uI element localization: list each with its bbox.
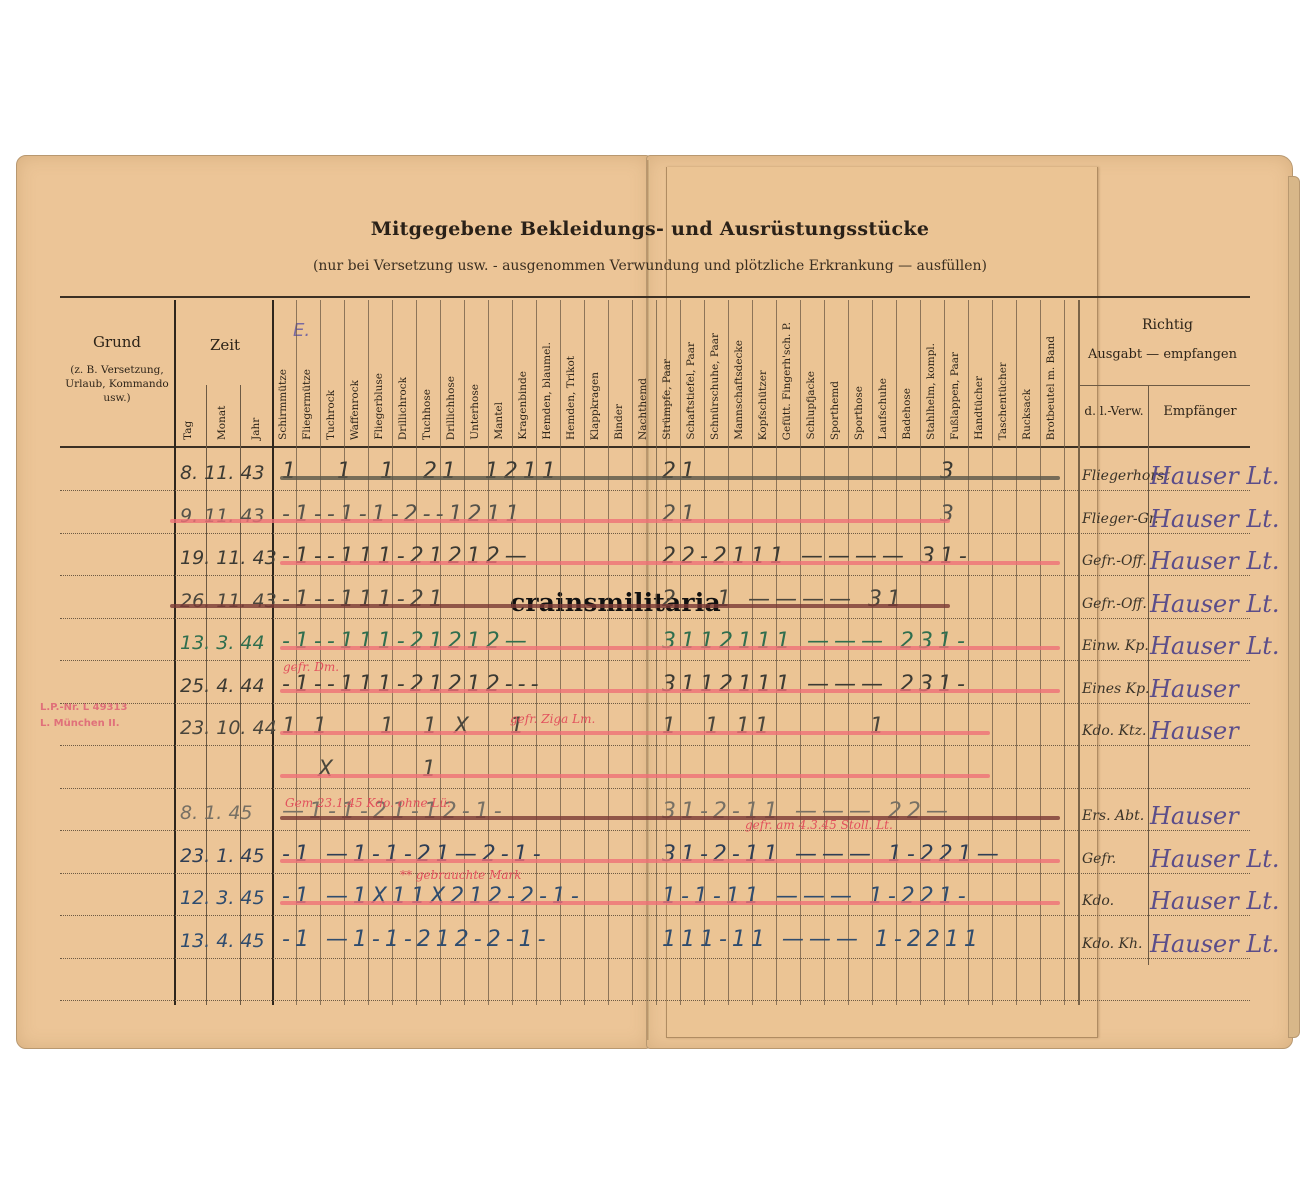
stamp-line-2: L. München II. xyxy=(40,716,127,732)
row-dotted-line xyxy=(60,1000,1250,1001)
row-date: 13. 3. 44 xyxy=(180,632,265,654)
item-header: Sporthose xyxy=(853,386,865,440)
row-issuing-office: Einw. Kp. xyxy=(1082,638,1149,654)
row-dotted-line xyxy=(60,745,1250,746)
zeit-jahr: Jahr xyxy=(250,395,262,440)
row-quantities-left: -1--1-1-2--1211 xyxy=(282,502,525,527)
row-quantities-left: X 1 xyxy=(282,757,441,782)
row-date: 8. 1. 45 xyxy=(180,802,253,824)
row-quantities-right: 31-2-11 ——— 1-221— xyxy=(662,842,1004,867)
item-header: Laufschuhe xyxy=(877,378,889,440)
row-quantities-left: -1 —1-1-21—2-1- xyxy=(282,842,546,867)
row-strikethrough xyxy=(280,731,990,735)
row-dotted-line xyxy=(60,575,1250,576)
zeit-divider xyxy=(272,300,274,1005)
richtig-label: Richtig xyxy=(1085,318,1250,333)
handwritten-note: gefr. am 4.3.45 Stoll. Lt. xyxy=(745,818,893,832)
row-dotted-line xyxy=(60,618,1250,619)
row-dotted-line xyxy=(60,788,1250,789)
row-strikethrough xyxy=(280,859,1060,863)
row-issuing-office: Gefr. xyxy=(1082,851,1116,867)
item-header: Nachthemd xyxy=(637,378,649,440)
row-date: 12. 3. 45 xyxy=(180,887,265,909)
official-stamp: L.P.-Nr. L 49313 L. München II. xyxy=(40,700,127,732)
item-header: Brotbeutel m. Band xyxy=(1045,336,1057,440)
item-header: Schirmmütze xyxy=(277,369,289,440)
item-header: Sporthemd xyxy=(829,381,841,440)
item-header: Fliegerbluse xyxy=(373,373,385,440)
item-column-divider xyxy=(1040,300,1041,1005)
row-dotted-line xyxy=(60,533,1250,534)
item-header: Tuchrock xyxy=(325,390,337,440)
row-date: 13. 4. 45 xyxy=(180,930,265,952)
page-edge xyxy=(1288,176,1300,1038)
item-column-divider xyxy=(1016,300,1017,1005)
handwritten-note: gefr. Dm. xyxy=(283,660,339,674)
row-recipient-signature: Hauser Lt. xyxy=(1150,632,1280,660)
row-recipient-signature: Hauser Lt. xyxy=(1150,930,1280,958)
row-recipient-signature: Hauser Lt. xyxy=(1150,590,1280,618)
grund-note: (z. B. Versetzung, Urlaub, Kommando usw.… xyxy=(62,363,172,405)
verw-label: d. l.-Verw. xyxy=(1078,404,1150,419)
zeit-label: Zeit xyxy=(176,338,274,353)
row-issuing-office: Eines Kp. xyxy=(1082,681,1150,697)
row-quantities-left: -1 —1-1-212-2-1- xyxy=(282,927,551,952)
item-column-divider xyxy=(632,300,633,1005)
form-subtitle: (nur bei Versetzung usw. - ausgenommen V… xyxy=(0,258,1300,274)
row-quantities-right: 3112111 ——— 231- xyxy=(662,672,970,697)
item-column-divider xyxy=(584,300,585,1005)
row-dotted-line xyxy=(60,703,1250,704)
item-header: Fußlappen, Paar xyxy=(949,352,961,440)
row-dotted-line xyxy=(60,873,1250,874)
item-header: Gefütt. Fingerh'sch. P. xyxy=(781,322,793,440)
row-issuing-office: Gefr.-Off. xyxy=(1082,553,1147,569)
item-header: Binder xyxy=(613,404,625,440)
row-recipient-signature: Hauser Lt. xyxy=(1150,845,1280,873)
zeit-monat: Monat xyxy=(216,390,228,440)
item-header: Mannschaftsdecke xyxy=(733,340,745,440)
empfaenger-label: Empfänger xyxy=(1150,404,1250,419)
item-header: Mantel xyxy=(493,402,505,440)
row-date: 9. 11. 43 xyxy=(180,505,265,527)
row-quantities-left: -1--111-21212— xyxy=(282,629,532,654)
richtig-subrule xyxy=(1078,385,1250,386)
grund-divider xyxy=(174,300,176,1005)
row-recipient-signature: Hauser xyxy=(1150,802,1239,830)
item-header: Handtücher xyxy=(973,376,985,440)
row-strikethrough xyxy=(280,774,990,778)
row-quantities-left: 1 1 1 21 1211 xyxy=(282,459,561,484)
row-recipient-signature: Hauser Lt. xyxy=(1150,547,1280,575)
row-dotted-line xyxy=(60,915,1250,916)
item-header: Unterhose xyxy=(469,384,481,440)
item-header: Waffenrock xyxy=(349,380,361,440)
row-recipient-signature: Hauser Lt. xyxy=(1150,505,1280,533)
row-quantities-right: 22-2111 ———— 31- xyxy=(662,544,972,569)
form-title: Mitgegebene Bekleidungs- und Ausrüstungs… xyxy=(0,218,1300,240)
row-quantities-right: 21 3 xyxy=(662,502,959,527)
item-header: Klappkragen xyxy=(589,372,601,440)
item-header: Fliegermütze xyxy=(301,369,313,440)
richtig-sub: Ausgabt — empfangen xyxy=(1075,347,1250,362)
zeit-tag: Tag xyxy=(182,395,194,440)
item-header: Kopfschützer xyxy=(757,370,769,440)
row-quantities-right: 2 1 ———— 31 xyxy=(662,587,906,612)
row-strikethrough xyxy=(280,646,1060,650)
row-quantities-right: 3112111 ——— 231- xyxy=(662,629,970,654)
row-strikethrough xyxy=(280,901,1060,905)
handwritten-note: gefr. Ziga Lm. xyxy=(510,712,595,726)
item-header: Hemden, Trikot xyxy=(565,356,577,440)
item-header: Taschentücher xyxy=(997,362,1009,440)
item-column-divider xyxy=(1064,300,1065,1005)
item-header: Stahlhelm, kompl. xyxy=(925,343,937,440)
row-quantities-left: -1 —1X11X212-2-1- xyxy=(282,884,584,909)
row-dotted-line xyxy=(60,490,1250,491)
row-date: 23. 1. 45 xyxy=(180,845,265,867)
item-column-divider xyxy=(608,300,609,1005)
row-dotted-line xyxy=(60,958,1250,959)
item-header: Tuchhose xyxy=(421,389,433,440)
row-quantities-right: 21 3 xyxy=(662,459,959,484)
top-rule xyxy=(60,296,1250,298)
row-issuing-office: Gefr.-Off. xyxy=(1082,596,1147,612)
item-header: Drillichrock xyxy=(397,377,409,440)
item-column-divider xyxy=(656,300,657,1005)
item-header: Schlupfjacke xyxy=(805,371,817,440)
row-quantities-right: 111-11 ——— 1-2211 xyxy=(662,927,983,952)
row-quantities-left: -1--111-21212--- xyxy=(282,672,544,697)
row-quantities-left: -1--111-21212— xyxy=(282,544,532,569)
item-header: Rucksack xyxy=(1021,389,1033,440)
row-quantities-right: 1 1 11 1 xyxy=(662,714,889,739)
header-rule xyxy=(60,446,1250,448)
handwritten-note: ** gebrauchte Mark xyxy=(400,868,522,882)
row-date: 25. 4. 44 xyxy=(180,675,265,697)
row-strikethrough xyxy=(280,476,1060,480)
row-date: 23. 10. 44 xyxy=(180,717,277,739)
grund-label: Grund xyxy=(62,335,172,350)
row-date: 19. 11. 43 xyxy=(180,547,277,569)
row-recipient-signature: Hauser xyxy=(1150,675,1239,703)
item-header: Hemden, blaumel. xyxy=(541,342,553,440)
row-quantities-right: 1-1-11 ——— 1-221- xyxy=(662,884,971,909)
items-end-divider xyxy=(1078,300,1080,1005)
row-issuing-office: Kdo. Ktz. xyxy=(1082,723,1146,739)
row-strikethrough xyxy=(170,604,950,608)
item-header: Schaftstiefel, Paar xyxy=(685,342,697,440)
row-strikethrough xyxy=(170,519,950,523)
item-header: Strümpfe, Paar xyxy=(661,359,673,440)
row-recipient-signature: Hauser Lt. xyxy=(1150,462,1280,490)
item-column-divider xyxy=(992,300,993,1005)
row-quantities-left: -1--111-21 xyxy=(282,587,448,612)
row-issuing-office: Kdo. Kh. xyxy=(1082,936,1142,952)
row-recipient-signature: Hauser Lt. xyxy=(1150,887,1280,915)
item-header: Drillichhose xyxy=(445,376,457,440)
item-header: Badehose xyxy=(901,388,913,440)
row-date: 26. 11. 43 xyxy=(180,590,277,612)
item-header: Kragenbinde xyxy=(517,371,529,440)
row-strikethrough xyxy=(280,561,1060,565)
handwritten-note: Gem 23.1.45 Kdo. ohne Lü: xyxy=(285,796,451,810)
row-dotted-line xyxy=(60,830,1250,831)
row-dotted-line xyxy=(60,660,1250,661)
row-issuing-office: Ers. Abt. xyxy=(1082,808,1144,824)
row-quantities-left: 1 1 1 1 X 1 xyxy=(282,714,529,739)
item-header: Schnürschuhe, Paar xyxy=(709,333,721,440)
row-issuing-office: Kdo. xyxy=(1082,893,1114,909)
row-recipient-signature: Hauser xyxy=(1150,717,1239,745)
row-strikethrough xyxy=(280,689,1060,693)
row-issuing-office: Flieger-Gr. xyxy=(1082,511,1158,527)
row-date: 8. 11. 43 xyxy=(180,462,265,484)
row-strikethrough xyxy=(280,816,1060,820)
